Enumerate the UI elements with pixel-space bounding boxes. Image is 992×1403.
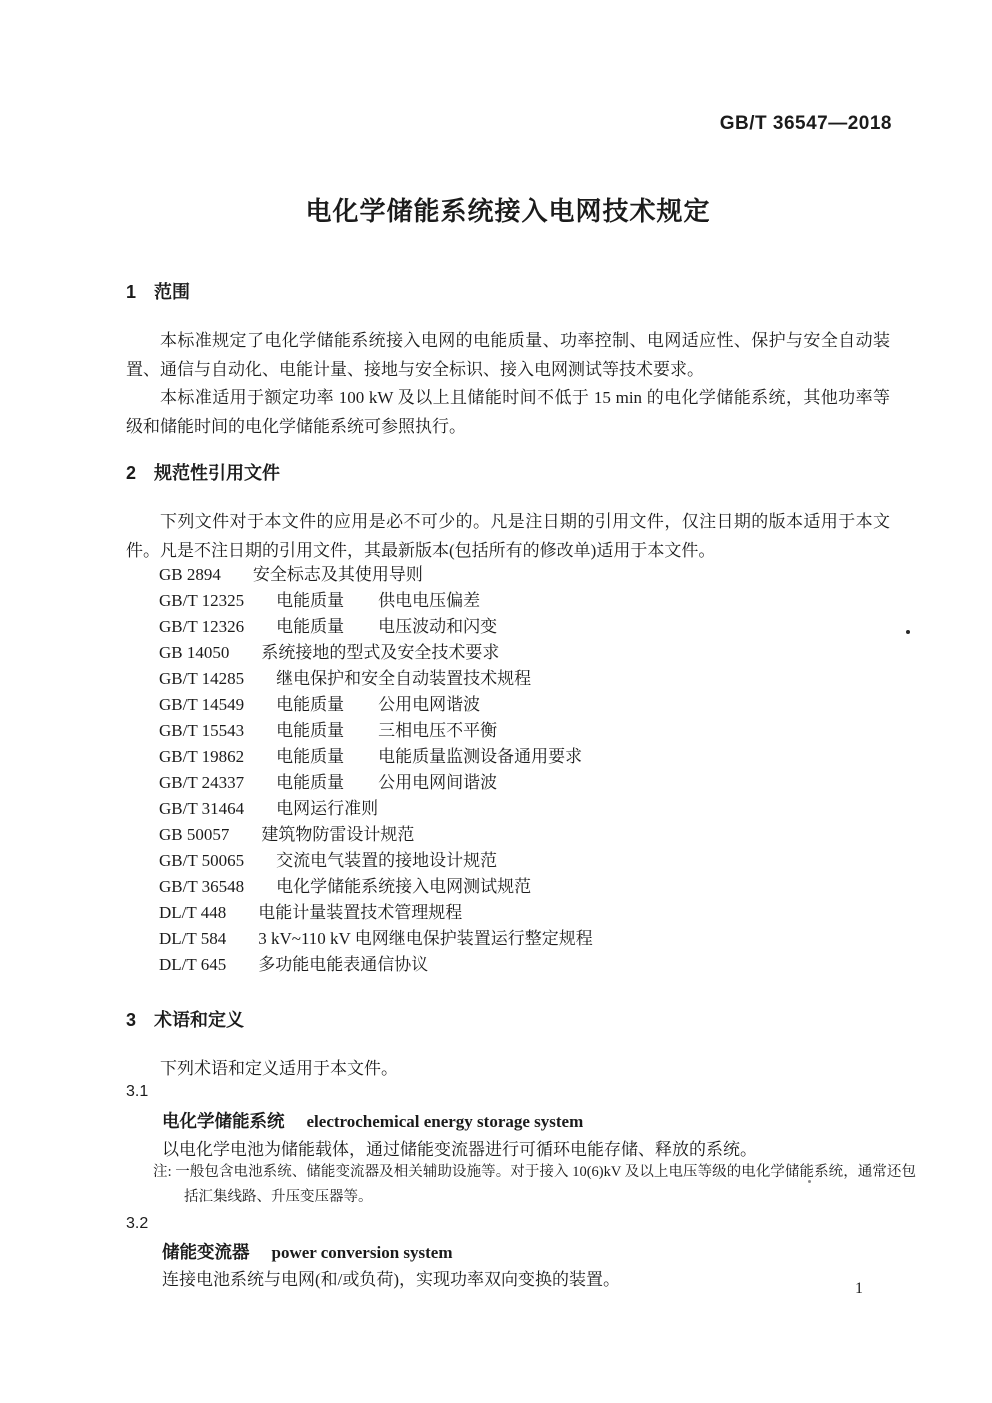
page-title: 电化学储能系统接入电网技术规定 (126, 191, 890, 228)
reference-title: 电能质量 公用电网谐波 (276, 695, 480, 714)
reference-item: GB/T 12325电能质量 供电电压偏差 (159, 588, 890, 614)
reference-item: GB/T 14285继电保护和安全自动装置技术规程 (159, 666, 890, 692)
reference-item: DL/T 645多功能电能表通信协议 (159, 952, 890, 978)
section-3-number: 3 (126, 1010, 136, 1030)
section-2-heading: 2规范性引用文件 (126, 459, 890, 485)
reference-title: 安全标志及其使用导则 (253, 565, 423, 584)
doc-number: GB/T 36547—2018 (720, 113, 892, 135)
reference-title: 电能质量 电压波动和闪变 (276, 617, 497, 636)
reference-item: GB 50057建筑物防雷设计规范 (159, 822, 890, 848)
reference-item: GB/T 50065交流电气装置的接地设计规范 (159, 848, 890, 874)
reference-item: GB/T 24337电能质量 公用电网间谐波 (159, 770, 890, 796)
reference-item: GB 14050系统接地的型式及安全技术要求 (159, 640, 890, 666)
term-3-1-note: 注: 一般包含电池系统、储能变流器及相关辅助设施等。对于接入 10(6)kV 及… (153, 1160, 916, 1210)
reference-code: GB/T 15543 (159, 721, 244, 740)
reference-item: GB/T 15543电能质量 三相电压不平衡 (159, 718, 890, 744)
reference-title: 3 kV~110 kV 电网继电保护装置运行整定规程 (258, 929, 593, 948)
reference-title: 电能质量 三相电压不平衡 (276, 721, 497, 740)
section-1-label: 范围 (154, 282, 190, 302)
term-3-2-number: 3.2 (126, 1215, 890, 1233)
scope-paragraph-1: 本标准规定了电化学储能系统接入电网的电能质量、功率控制、电网适应性、保护与安全自… (126, 327, 890, 384)
references-intro-paragraph: 下列文件对于本文件的应用是必不可少的。凡是注日期的引用文件，仅注日期的版本适用于… (126, 508, 890, 565)
reference-item: GB/T 36548电化学储能系统接入电网测试规范 (159, 874, 890, 900)
page-number: 1 (855, 1280, 863, 1298)
reference-code: GB/T 14549 (159, 695, 244, 714)
reference-title: 交流电气装置的接地设计规范 (276, 851, 497, 870)
term-3-2-definition: 连接电池系统与电网(和/或负荷)，实现功率双向变换的装置。 (162, 1265, 926, 1290)
reference-item: DL/T 448电能计量装置技术管理规程 (159, 900, 890, 926)
reference-item: GB/T 19862电能质量 电能质量监测设备通用要求 (159, 744, 890, 770)
section-3-label: 术语和定义 (154, 1010, 244, 1030)
reference-title: 多功能电能表通信协议 (258, 955, 428, 974)
section-3-heading: 3术语和定义 (126, 1006, 890, 1032)
reference-code: DL/T 645 (159, 955, 226, 974)
reference-code: GB 50057 (159, 825, 229, 844)
reference-code: GB/T 36548 (159, 877, 244, 896)
term-3-2-chinese: 储能变流器 (162, 1242, 250, 1262)
reference-code: GB/T 12325 (159, 591, 244, 610)
reference-title: 电网运行准则 (276, 799, 378, 818)
reference-code: GB 2894 (159, 565, 221, 584)
term-3-1-line: 电化学储能系统electrochemical energy storage sy… (162, 1108, 926, 1133)
reference-item: DL/T 5843 kV~110 kV 电网继电保护装置运行整定规程 (159, 926, 890, 952)
normative-references-list: GB 2894安全标志及其使用导则 GB/T 12325电能质量 供电电压偏差 … (126, 562, 890, 978)
reference-item: GB/T 14549电能质量 公用电网谐波 (159, 692, 890, 718)
reference-code: DL/T 448 (159, 903, 226, 922)
reference-code: GB/T 14285 (159, 669, 244, 688)
reference-title: 电能质量 供电电压偏差 (276, 591, 480, 610)
terms-intro-paragraph: 下列术语和定义适用于本文件。 (126, 1054, 890, 1079)
section-1-heading: 1范围 (126, 278, 890, 304)
reference-code: GB 14050 (159, 643, 229, 662)
term-3-2-english: power conversion system (272, 1243, 453, 1262)
term-3-1-english: electrochemical energy storage system (307, 1112, 584, 1131)
section-2-label: 规范性引用文件 (154, 463, 280, 483)
reference-item: GB/T 12326电能质量 电压波动和闪变 (159, 614, 890, 640)
reference-item: GB/T 31464电网运行准则 (159, 796, 890, 822)
term-3-1-definition: 以电化学电池为储能载体，通过储能变流器进行可循环电能存储、释放的系统。 (162, 1135, 926, 1160)
section-1-number: 1 (126, 282, 136, 302)
reference-code: GB/T 31464 (159, 799, 244, 818)
scope-paragraph-2: 本标准适用于额定功率 100 kW 及以上且储能时间不低于 15 min 的电化… (126, 384, 890, 441)
reference-title: 电能计量装置技术管理规程 (258, 903, 462, 922)
reference-code: GB/T 50065 (159, 851, 244, 870)
term-3-1-number: 3.1 (126, 1083, 890, 1101)
scan-artifact-dot (906, 630, 910, 634)
term-3-1-chinese: 电化学储能系统 (162, 1111, 285, 1131)
reference-title: 电化学储能系统接入电网测试规范 (276, 877, 531, 896)
section-2-number: 2 (126, 463, 136, 483)
reference-title: 继电保护和安全自动装置技术规程 (276, 669, 531, 688)
reference-title: 电能质量 电能质量监测设备通用要求 (276, 747, 582, 766)
reference-item: GB 2894安全标志及其使用导则 (159, 562, 890, 588)
reference-title: 系统接地的型式及安全技术要求 (261, 643, 499, 662)
reference-code: GB/T 24337 (159, 773, 244, 792)
term-3-2-line: 储能变流器power conversion system (162, 1239, 926, 1264)
reference-code: GB/T 19862 (159, 747, 244, 766)
reference-title: 电能质量 公用电网间谐波 (276, 773, 497, 792)
reference-code: GB/T 12326 (159, 617, 244, 636)
standard-document-page: GB/T 36547—2018 电化学储能系统接入电网技术规定 1范围 本标准规… (0, 0, 992, 1403)
reference-title: 建筑物防雷设计规范 (261, 825, 414, 844)
reference-code: DL/T 584 (159, 929, 226, 948)
scan-artifact-dot (808, 1180, 811, 1183)
